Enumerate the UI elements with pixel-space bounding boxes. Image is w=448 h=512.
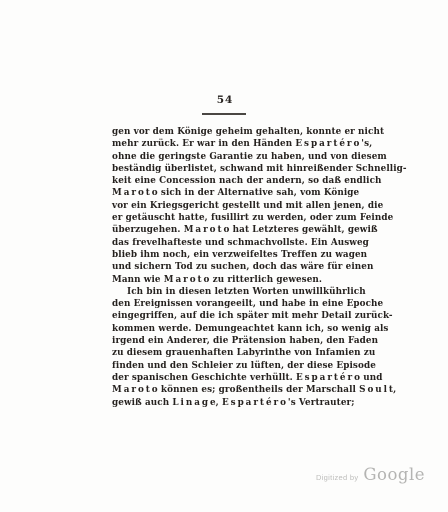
text-line: den Ereignissen vorangeeilt, und habe in… <box>112 298 354 310</box>
text-line: ohne die geringste Garantie zu haben, un… <box>112 151 354 163</box>
text-line: finden und den Schleier zu lüften, der d… <box>112 360 354 372</box>
text-line: mehr zurück. Er war in den Händen E s p … <box>112 138 354 150</box>
google-logo-text: Google <box>363 465 425 484</box>
text-line: vor ein Kriegsgericht gestellt und mit a… <box>112 200 354 212</box>
text-line: M a r o t o können es; großentheils der … <box>112 384 354 396</box>
header-rule <box>202 113 246 115</box>
page-number: 54 <box>217 94 234 106</box>
text-line: Mann wie M a r o t o zu ritterlich gewes… <box>112 274 354 286</box>
text-line: beständig überlistet, schwand mit hinrei… <box>112 163 354 175</box>
text-line: das frevelhafteste und schmachvollste. E… <box>112 237 354 249</box>
text-line: keit eine Concession nach der andern, so… <box>112 175 354 187</box>
page-header: 54 <box>0 88 448 115</box>
text-line: er getäuscht hatte, fusillirt zu werden,… <box>112 212 354 224</box>
digitized-by-label: Digitized by <box>316 473 358 482</box>
text-line: Ich bin in diesen letzten Worten unwillk… <box>112 286 354 298</box>
text-line: kommen werde. Demungeachtet kann ich, so… <box>112 323 354 335</box>
text-line: überzugehen. M a r o t o hat Letzteres g… <box>112 224 354 236</box>
text-line: zu diesem grauenhaften Labyrinthe von In… <box>112 347 354 359</box>
page-text: gen vor dem Könige geheim gehalten, konn… <box>112 126 354 409</box>
google-watermark: Digitized by Google <box>316 465 425 484</box>
text-line: und sichern Tod zu suchen, doch das wäre… <box>112 261 354 273</box>
text-line: M a r o t o sich in der Alternative sah,… <box>112 187 354 199</box>
text-line: gewiß auch L i n a g e, E s p a r t é r … <box>112 397 354 409</box>
text-line: der spanischen Geschichte verhüllt. E s … <box>112 372 354 384</box>
book-page-scan: 54 gen vor dem Könige geheim gehalten, k… <box>0 0 448 512</box>
text-line: gen vor dem Könige geheim gehalten, konn… <box>112 126 354 138</box>
text-line: eingegriffen, auf die ich später mit meh… <box>112 310 354 322</box>
text-line: irgend ein Anderer, die Prätension haben… <box>112 335 354 347</box>
text-line: blieb ihm noch, ein verzweifeltes Treffe… <box>112 249 354 261</box>
